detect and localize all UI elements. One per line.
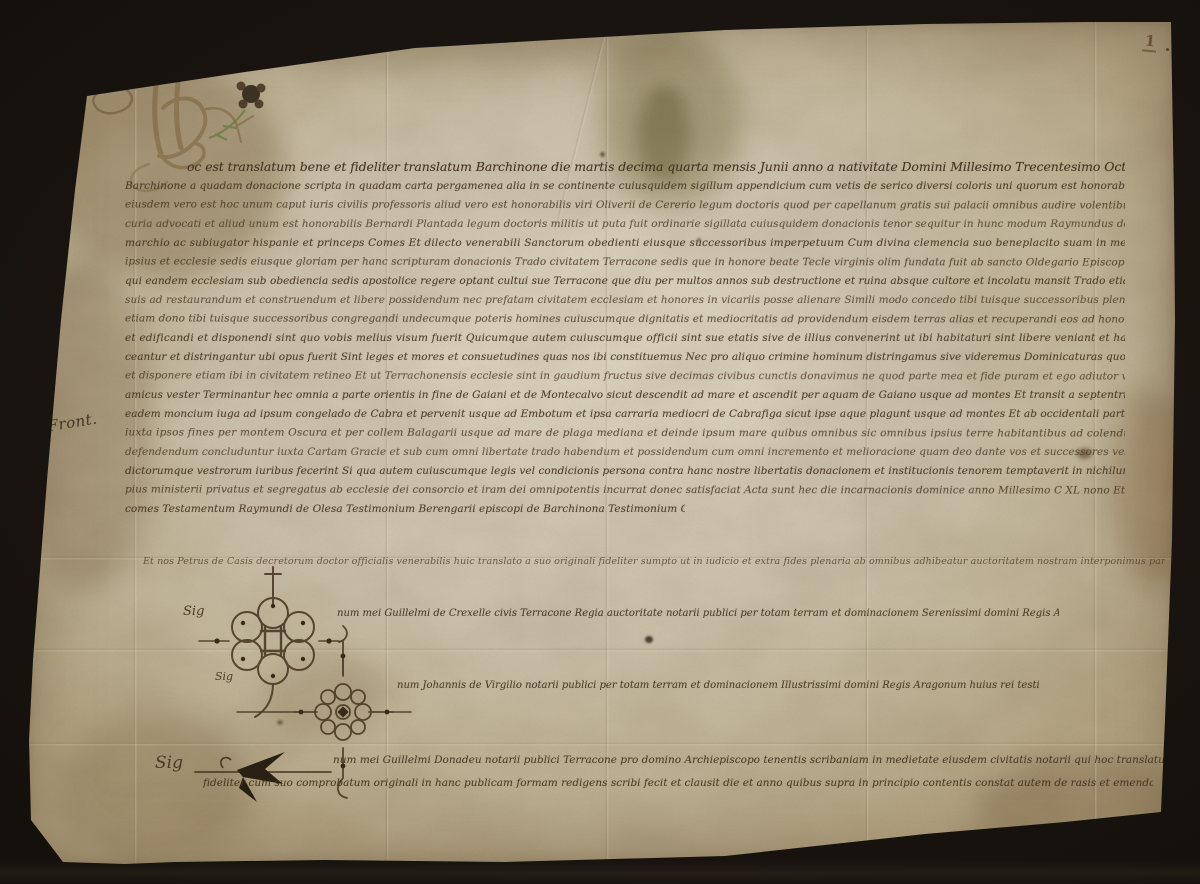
parchment-edge-shading <box>25 20 1175 866</box>
photograph-of-parchment-charter: { "document": { "kind": "medieval parchm… <box>0 0 1200 884</box>
parchment-sheet: oc est translatum bene et fideliter tran… <box>25 20 1175 866</box>
scanner-bed-strip <box>0 860 1200 884</box>
